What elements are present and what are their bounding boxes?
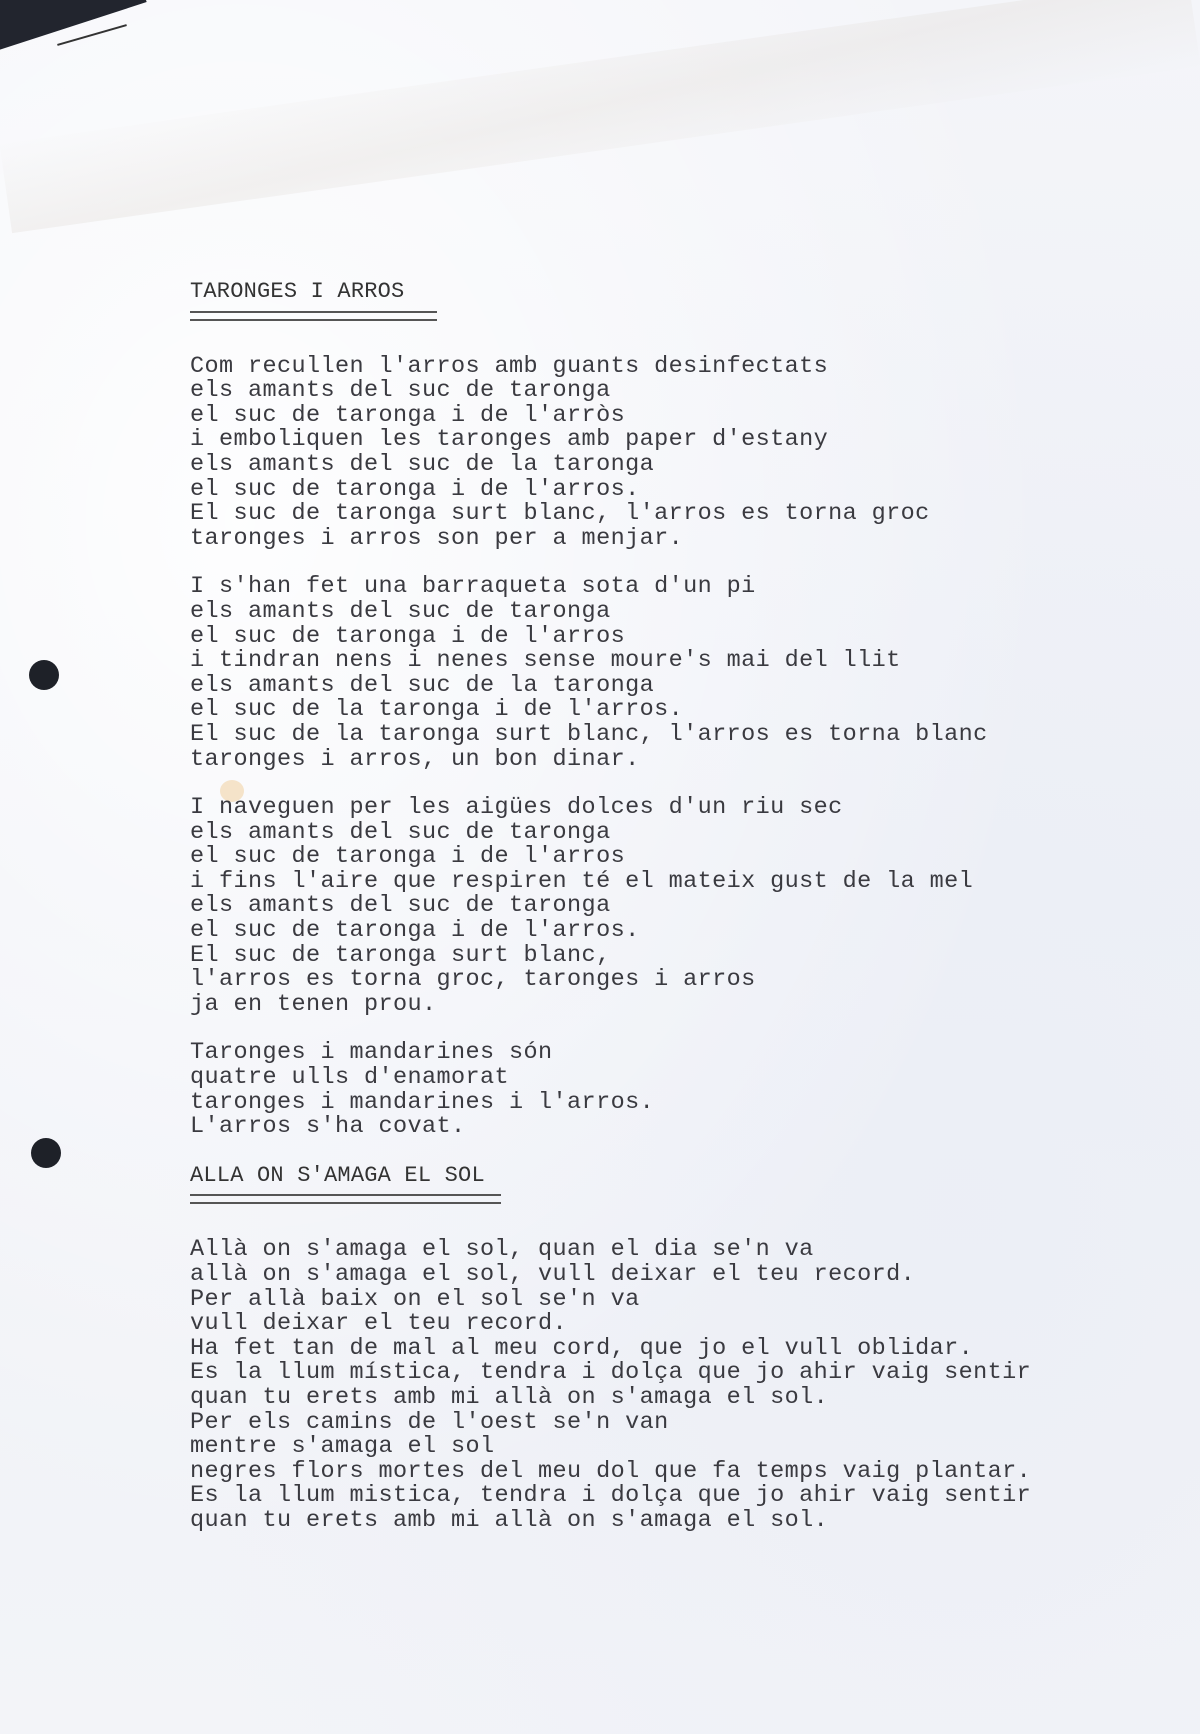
stanza: Com recullen l'arros amb guants desinfec…: [190, 355, 1130, 552]
song-taronges-i-arros: TARONGES I ARROS Com recullen l'arros am…: [190, 280, 1130, 1140]
lyric-line: ja en tenen prou.: [190, 993, 1130, 1018]
lyric-line: El suc de la taronga surt blanc, l'arros…: [190, 723, 1130, 748]
lyric-line: allà on s'amaga el sol, vull deixar el t…: [190, 1263, 1130, 1288]
lyric-line: Es la llum mistica, tendra i dolça que j…: [190, 1484, 1130, 1509]
lyric-line: el suc de taronga i de l'arros.: [190, 478, 1130, 503]
song-alla-on-samaga-el-sol: ALLA ON S'AMAGA EL SOL Allà on s'amaga e…: [190, 1164, 1130, 1534]
title-underline: [190, 311, 437, 321]
lyric-line: mentre s'amaga el sol: [190, 1435, 1130, 1460]
lyric-line: els amants del suc de taronga: [190, 821, 1130, 846]
lyric-line: Com recullen l'arros amb guants desinfec…: [190, 355, 1130, 380]
lyric-line: Per allà baix on el sol se'n va: [190, 1288, 1130, 1313]
lyric-line: el suc de la taronga i de l'arros.: [190, 698, 1130, 723]
title-underline: [190, 1194, 501, 1204]
lyric-line: i fins l'aire que respiren té el mateix …: [190, 870, 1130, 895]
song-title: TARONGES I ARROS: [190, 280, 404, 305]
lyric-line: taronges i mandarines i l'arros.: [190, 1091, 1130, 1116]
song-lyrics: Com recullen l'arros amb guants desinfec…: [190, 355, 1130, 1140]
lyric-line: L'arros s'ha covat.: [190, 1115, 1130, 1140]
punch-hole: [31, 1138, 61, 1168]
lyric-line: Allà on s'amaga el sol, quan el dia se'n…: [190, 1238, 1130, 1263]
lyric-line: els amants del suc de la taronga: [190, 453, 1130, 478]
lyric-line: l'arros es torna groc, taronges i arros: [190, 968, 1130, 993]
stanza: Taronges i mandarines sónquatre ulls d'e…: [190, 1041, 1130, 1139]
lyric-line: taronges i arros son per a menjar.: [190, 527, 1130, 552]
lyric-line: el suc de taronga i de l'arros: [190, 845, 1130, 870]
lyric-line: i emboliquen les taronges amb paper d'es…: [190, 428, 1130, 453]
stanza: Allà on s'amaga el sol, quan el dia se'n…: [190, 1238, 1130, 1533]
lyric-line: quatre ulls d'enamorat: [190, 1066, 1130, 1091]
lyric-line: Es la llum mística, tendra i dolça que j…: [190, 1361, 1130, 1386]
lyric-line: Per els camins de l'oest se'n van: [190, 1411, 1130, 1436]
lyric-line: el suc de taronga i de l'arròs: [190, 404, 1130, 429]
punch-hole: [29, 660, 59, 690]
lyric-line: els amants del suc de taronga: [190, 379, 1130, 404]
lyric-line: vull deixar el teu record.: [190, 1312, 1130, 1337]
lyric-line: i tindran nens i nenes sense moure's mai…: [190, 649, 1130, 674]
lyric-line: quan tu erets amb mi allà on s'amaga el …: [190, 1386, 1130, 1411]
lyric-line: I s'han fet una barraqueta sota d'un pi: [190, 575, 1130, 600]
lyric-line: Ha fet tan de mal al meu cord, que jo el…: [190, 1337, 1130, 1362]
song-lyrics: Allà on s'amaga el sol, quan el dia se'n…: [190, 1238, 1130, 1533]
lyric-line: el suc de taronga i de l'arros: [190, 625, 1130, 650]
lyric-line: el suc de taronga i de l'arros.: [190, 919, 1130, 944]
lyric-line: El suc de taronga surt blanc,: [190, 944, 1130, 969]
lyric-line: els amants del suc de taronga: [190, 894, 1130, 919]
lyric-line: Taronges i mandarines són: [190, 1041, 1130, 1066]
lyric-line: taronges i arros, un bon dinar.: [190, 748, 1130, 773]
typewritten-document: TARONGES I ARROS Com recullen l'arros am…: [190, 280, 1130, 1558]
song-title: ALLA ON S'AMAGA EL SOL: [190, 1164, 485, 1189]
stanza: I s'han fet una barraqueta sota d'un pie…: [190, 575, 1130, 772]
lyric-line: els amants del suc de taronga: [190, 600, 1130, 625]
lyric-line: quan tu erets amb mi allà on s'amaga el …: [190, 1509, 1130, 1534]
lyric-line: negres flors mortes del meu dol que fa t…: [190, 1460, 1130, 1485]
lyric-line: I naveguen per les aigües dolces d'un ri…: [190, 796, 1130, 821]
lyric-line: El suc de taronga surt blanc, l'arros es…: [190, 502, 1130, 527]
stanza: I naveguen per les aigües dolces d'un ri…: [190, 796, 1130, 1017]
lyric-line: els amants del suc de la taronga: [190, 674, 1130, 699]
